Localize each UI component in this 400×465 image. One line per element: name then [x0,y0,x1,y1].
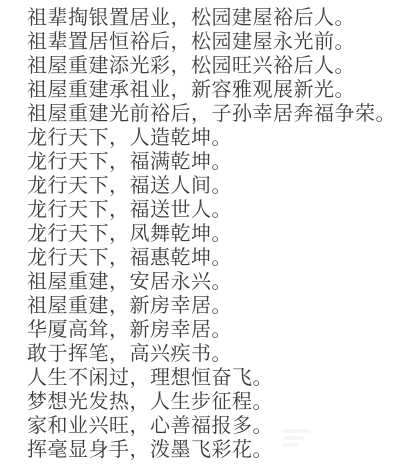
text-document: 祖辈掏银置居业，松园建屋裕后人。 祖辈置居恒裕后，松园建屋永光前。 祖屋重建添光… [0,0,400,462]
text-line: 华厦高耸，新房幸居。 [27,318,394,342]
text-line: 龙行天下，福惠乾坤。 [27,246,394,270]
text-line: 龙行天下，凤舞乾坤。 [27,222,394,246]
text-line: 龙行天下，福满乾坤。 [27,150,394,174]
text-line: 家和业兴旺，心善福报多。 [27,414,394,438]
text-line: 祖辈掏银置居业，松园建屋裕后人。 [27,6,394,30]
text-line: 梦想光发热，人生步征程。 [27,390,394,414]
text-line: 祖屋重建光前裕后，子孙幸居奔福争荣。 [27,102,394,126]
text-line: 龙行天下，人造乾坤。 [27,126,394,150]
text-line: 挥毫显身手，泼墨飞彩花。 [27,438,394,462]
text-line: 祖屋重建，新房幸居。 [27,294,394,318]
text-line: 祖辈置居恒裕后，松园建屋永光前。 [27,30,394,54]
text-line: 人生不闲过，理想恒奋飞。 [27,366,394,390]
text-line: 龙行天下，福送世人。 [27,198,394,222]
text-line: 祖屋重建承祖业，新容雅观展新光。 [27,78,394,102]
text-line: 龙行天下，福送人间。 [27,174,394,198]
text-line: 敢于挥笔，高兴疾书。 [27,342,394,366]
text-line: 祖屋重建添光彩，松园旺兴裕后人。 [27,54,394,78]
text-line: 祖屋重建，安居永兴。 [27,270,394,294]
